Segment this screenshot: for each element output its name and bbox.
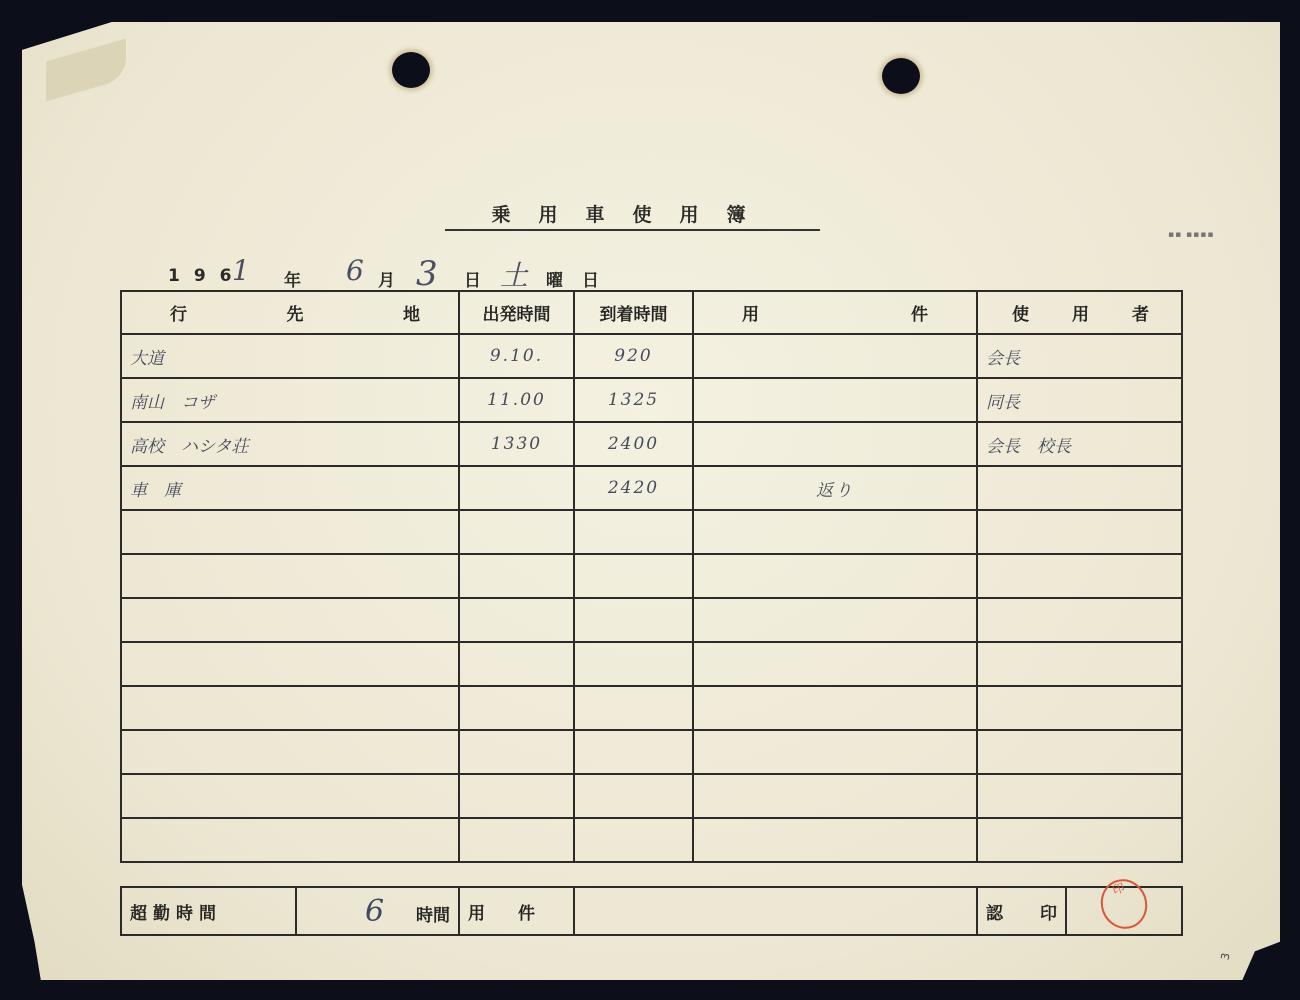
header-purpose: 用 件 (693, 291, 977, 334)
user-cell[interactable] (977, 642, 1182, 686)
arrival-time-cell[interactable]: 920 (574, 334, 693, 378)
footer-row: 超勤時間 6 時間 用 件 認 印 印 (120, 886, 1183, 936)
header-arrival-time: 到着時間 (574, 291, 693, 334)
arrival-time-cell[interactable]: 2400 (574, 422, 693, 466)
footer-purpose-value[interactable] (574, 887, 977, 935)
arrival-time-cell[interactable]: 2420 (574, 466, 693, 510)
day-label: 日 (464, 266, 481, 291)
purpose-cell[interactable] (693, 730, 977, 774)
departure-time-cell[interactable]: 11.00 (459, 378, 574, 422)
destination-cell[interactable] (121, 774, 459, 818)
arrival-time-cell[interactable] (574, 554, 693, 598)
document-title: 乗用車使用簿 (445, 200, 820, 231)
arrival-time-cell[interactable] (574, 730, 693, 774)
approval-seal-cell[interactable]: 印 (1066, 887, 1182, 935)
departure-time-cell[interactable] (459, 642, 574, 686)
purpose-cell[interactable] (693, 598, 977, 642)
table-header-row: 行 先 地 出発時間 到着時間 用 件 使 用 者 (121, 291, 1182, 334)
departure-time-cell[interactable] (459, 774, 574, 818)
table-row (121, 730, 1182, 774)
folded-corner (46, 39, 126, 102)
weekday-suffix: 日 (582, 266, 599, 291)
vehicle-usage-table: 行 先 地 出発時間 到着時間 用 件 使 用 者 大道 (120, 290, 1183, 863)
weekday-label: 曜 (546, 266, 563, 291)
punch-hole-right (882, 58, 920, 94)
user-cell[interactable] (977, 730, 1182, 774)
purpose-cell[interactable] (693, 510, 977, 554)
arrival-time-cell[interactable] (574, 686, 693, 730)
destination-cell[interactable] (121, 730, 459, 774)
purpose-cell[interactable] (693, 422, 977, 466)
arrival-time-cell[interactable] (574, 598, 693, 642)
overtime-label: 超勤時間 (121, 887, 296, 935)
header-user: 使 用 者 (977, 291, 1182, 334)
purpose-cell[interactable] (693, 686, 977, 730)
weekday-handwritten: 土 (500, 254, 528, 294)
arrival-time-cell[interactable] (574, 774, 693, 818)
overtime-unit: 時間 (416, 906, 450, 926)
purpose-cell[interactable] (693, 642, 977, 686)
departure-time-cell[interactable] (459, 554, 574, 598)
purpose-cell[interactable] (693, 334, 977, 378)
user-cell[interactable]: 会長 (977, 334, 1182, 378)
destination-cell[interactable] (121, 818, 459, 862)
purpose-cell[interactable] (693, 378, 977, 422)
user-cell[interactable]: 会長 校長 (977, 422, 1182, 466)
table-row (121, 510, 1182, 554)
punch-hole-left (392, 52, 430, 88)
departure-time-cell[interactable]: 9.10. (459, 334, 574, 378)
destination-cell[interactable] (121, 510, 459, 554)
year-label: 年 (284, 266, 301, 291)
month-label: 月 (378, 266, 395, 291)
purpose-cell[interactable] (693, 818, 977, 862)
arrival-time-cell[interactable]: 1325 (574, 378, 693, 422)
month-handwritten: 6 (346, 254, 364, 287)
purpose-cell[interactable] (693, 554, 977, 598)
departure-time-cell[interactable] (459, 686, 574, 730)
destination-cell[interactable]: 大道 (121, 334, 459, 378)
destination-cell[interactable] (121, 554, 459, 598)
header-destination: 行 先 地 (121, 291, 459, 334)
table-row (121, 554, 1182, 598)
table-row (121, 818, 1182, 862)
user-cell[interactable] (977, 554, 1182, 598)
table-row: 大道9.10.920会長 (121, 334, 1182, 378)
destination-cell[interactable] (121, 598, 459, 642)
user-cell[interactable] (977, 466, 1182, 510)
destination-cell[interactable] (121, 686, 459, 730)
table-row: 高校 ハシタ荘13302400会長 校長 (121, 422, 1182, 466)
overtime-hours-handwritten: 6 (365, 894, 384, 929)
arrival-time-cell[interactable] (574, 642, 693, 686)
departure-time-cell[interactable] (459, 510, 574, 554)
table-row (121, 774, 1182, 818)
header-departure-time: 出発時間 (459, 291, 574, 334)
user-cell[interactable] (977, 818, 1182, 862)
destination-cell[interactable]: 高校 ハシタ荘 (121, 422, 459, 466)
table-row (121, 598, 1182, 642)
table-row (121, 686, 1182, 730)
arrival-time-cell[interactable] (574, 818, 693, 862)
faint-bleed-through-text: ▪▪ ▪▪▪▪ (1168, 230, 1214, 240)
user-cell[interactable] (977, 686, 1182, 730)
user-cell[interactable] (977, 510, 1182, 554)
destination-cell[interactable]: 南山 コザ (121, 378, 459, 422)
purpose-cell[interactable]: 返り (693, 466, 977, 510)
year-digit-handwritten: 1 (232, 254, 250, 287)
destination-cell[interactable]: 車 庫 (121, 466, 459, 510)
user-cell[interactable] (977, 774, 1182, 818)
table-row: 車 庫2420返り (121, 466, 1182, 510)
purpose-cell[interactable] (693, 774, 977, 818)
user-cell[interactable]: 同長 (977, 378, 1182, 422)
approval-label: 認 印 (977, 887, 1066, 935)
user-cell[interactable] (977, 598, 1182, 642)
day-handwritten: 3 (416, 254, 438, 294)
departure-time-cell[interactable] (459, 598, 574, 642)
footer-purpose-label: 用 件 (459, 887, 574, 935)
departure-time-cell[interactable]: 1330 (459, 422, 574, 466)
departure-time-cell[interactable] (459, 730, 574, 774)
table-row (121, 642, 1182, 686)
departure-time-cell[interactable] (459, 466, 574, 510)
overtime-hours-cell[interactable]: 6 時間 (296, 887, 459, 935)
table-row: 南山 コザ11.001325同長 (121, 378, 1182, 422)
destination-cell[interactable] (121, 642, 459, 686)
departure-time-cell[interactable] (459, 818, 574, 862)
arrival-time-cell[interactable] (574, 510, 693, 554)
